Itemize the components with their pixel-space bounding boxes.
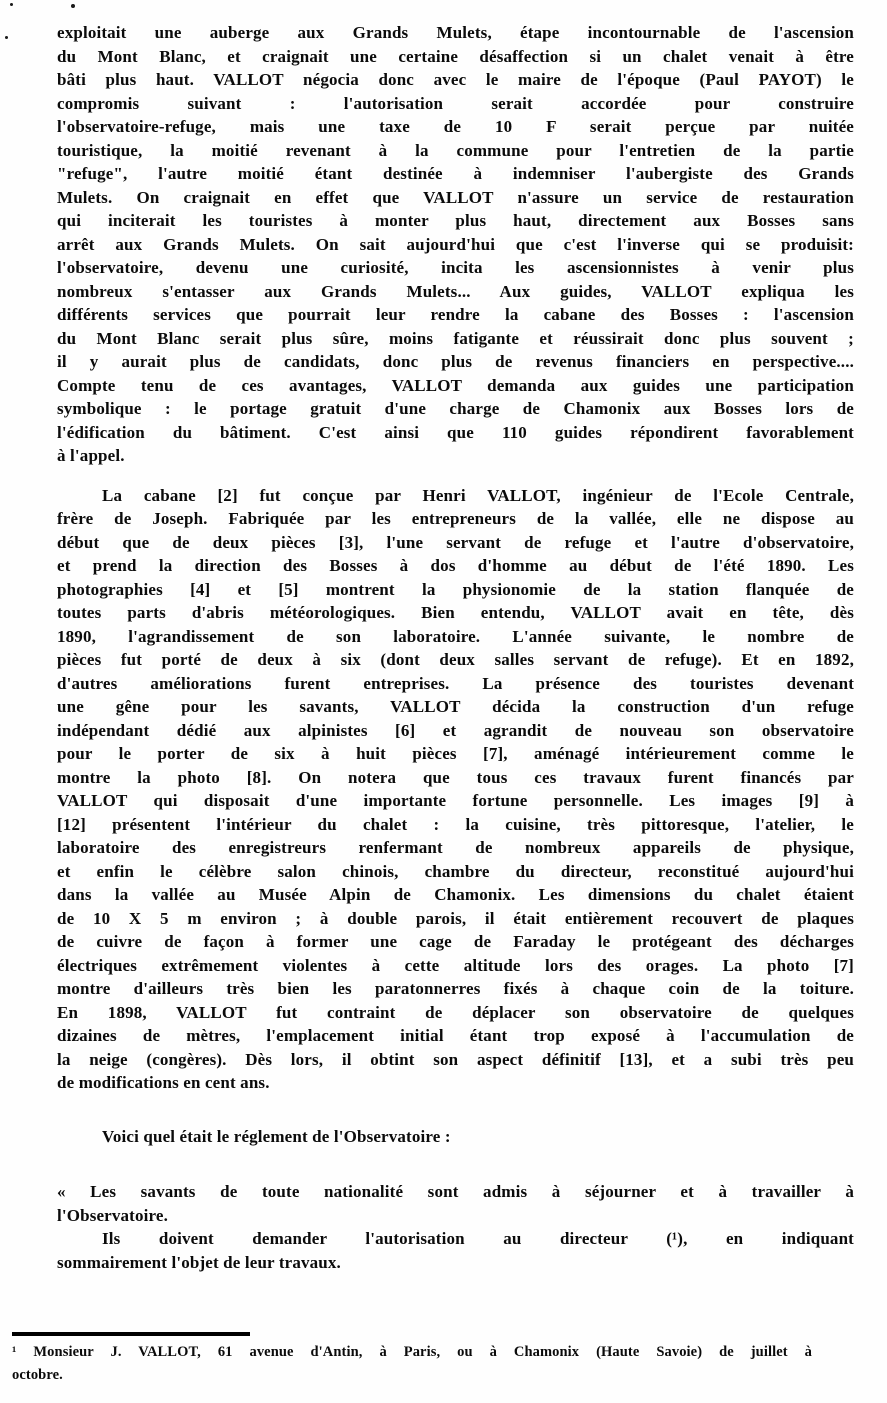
- footnote-line: ¹ Monsieur J. VALLOT, 61 avenue d'Antin,…: [12, 1341, 812, 1364]
- text-line: Mulets. On craignait en effet que VALLOT…: [57, 186, 854, 210]
- paragraph: Voici quel était le réglement de l'Obser…: [57, 1125, 854, 1149]
- paragraph: « Les savants de toute nationalité sont …: [57, 1180, 854, 1227]
- text-line: frère de Joseph. Fabriquée par les entre…: [57, 507, 854, 531]
- text-line: indépendant dédié aux alpinistes [6] et …: [57, 719, 854, 743]
- text-line: montre d'ailleurs très bien les paratonn…: [57, 977, 854, 1001]
- text-line: et prend la direction des Bosses à dos d…: [57, 554, 854, 578]
- text-line: nombreux s'entasser aux Grands Mulets...…: [57, 280, 854, 304]
- text-line: compromis suivant : l'autorisation serai…: [57, 92, 854, 116]
- text-line: symbolique : le portage gratuit d'une ch…: [57, 397, 854, 421]
- text-line: VALLOT qui disposait d'une importante fo…: [57, 789, 854, 813]
- text-line: laboratoire des enregistreurs renfermant…: [57, 836, 854, 860]
- text-line: de 10 X 5 m environ ; à double parois, i…: [57, 907, 854, 931]
- document-page: exploitait une auberge aux Grands Mulets…: [0, 0, 887, 1403]
- text-line: et enfin le célèbre salon chinois, chamb…: [57, 860, 854, 884]
- text-line: début que de deux pièces [3], l'une serv…: [57, 531, 854, 555]
- text-line: dizaines de mètres, l'emplacement initia…: [57, 1024, 854, 1048]
- text-line: une gêne pour les savants, VALLOT décida…: [57, 695, 854, 719]
- text-line: l'édification du bâtiment. C'est ainsi q…: [57, 421, 854, 445]
- text-line: à l'appel.: [57, 444, 854, 468]
- text-line: l'observatoire, devenu une curiosité, in…: [57, 256, 854, 280]
- text-line: bâti plus haut. VALLOT négocia donc avec…: [57, 68, 854, 92]
- text-line: touristique, la moitié revenant à la com…: [57, 139, 854, 163]
- text-line: de modifications en cent ans.: [57, 1071, 854, 1095]
- scan-speckle: [71, 4, 75, 8]
- footnote-line: octobre.: [12, 1364, 812, 1387]
- text-line: toutes parts d'abris météorologiques. Bi…: [57, 601, 854, 625]
- paragraph: La cabane [2] fut conçue par Henri VALLO…: [57, 484, 854, 1095]
- text-line: Ils doivent demander l'autorisation au d…: [57, 1227, 854, 1251]
- text-line: arrêt aux Grands Mulets. On sait aujourd…: [57, 233, 854, 257]
- text-line: 1890, l'agrandissement de son laboratoir…: [57, 625, 854, 649]
- text-line: l'observatoire-refuge, mais une taxe de …: [57, 115, 854, 139]
- text-line: pièces fut porté de deux à six (dont deu…: [57, 648, 854, 672]
- scan-speckle: [10, 3, 13, 6]
- footnote: ¹ Monsieur J. VALLOT, 61 avenue d'Antin,…: [12, 1332, 812, 1387]
- text-line: Voici quel était le réglement de l'Obser…: [57, 1125, 854, 1149]
- text-line: de cuivre de façon à former une cage de …: [57, 930, 854, 954]
- text-line: différents services que pourrait leur re…: [57, 303, 854, 327]
- text-line: montre la photo [8]. On notera que tous …: [57, 766, 854, 790]
- text-line: « Les savants de toute nationalité sont …: [57, 1180, 854, 1204]
- text-line: dans la vallée au Musée Alpin de Chamoni…: [57, 883, 854, 907]
- paragraph: exploitait une auberge aux Grands Mulets…: [57, 21, 854, 468]
- paragraph: Ils doivent demander l'autorisation au d…: [57, 1227, 854, 1274]
- text-line: du Mont Blanc, et craignait une certaine…: [57, 45, 854, 69]
- text-line: La cabane [2] fut conçue par Henri VALLO…: [57, 484, 854, 508]
- text-line: [12] présentent l'intérieur du chalet : …: [57, 813, 854, 837]
- text-line: du Mont Blanc serait plus sûre, moins fa…: [57, 327, 854, 351]
- text-line: pour le porter de six à huit pièces [7],…: [57, 742, 854, 766]
- text-line: exploitait une auberge aux Grands Mulets…: [57, 21, 854, 45]
- text-line: sommairement l'objet de leur travaux.: [57, 1251, 854, 1275]
- text-line: d'autres améliorations furent entreprise…: [57, 672, 854, 696]
- text-line: l'Observatoire.: [57, 1204, 854, 1228]
- text-line: "refuge", l'autre moitié étant destinée …: [57, 162, 854, 186]
- scan-speckle: [5, 36, 8, 39]
- text-line: photographies [4] et [5] montrent la phy…: [57, 578, 854, 602]
- text-line: En 1898, VALLOT fut contraint de déplace…: [57, 1001, 854, 1025]
- text-line: électriques extrêmement violentes à cett…: [57, 954, 854, 978]
- text-line: il y aurait plus de candidats, donc plus…: [57, 350, 854, 374]
- footnote-text: ¹ Monsieur J. VALLOT, 61 avenue d'Antin,…: [12, 1341, 812, 1387]
- text-line: Compte tenu de ces avantages, VALLOT dem…: [57, 374, 854, 398]
- text-line: la neige (congères). Dès lors, il obtint…: [57, 1048, 854, 1072]
- page-text: exploitait une auberge aux Grands Mulets…: [57, 21, 854, 1274]
- footnote-separator: [12, 1332, 250, 1336]
- text-line: qui inciterait les touristes à monter pl…: [57, 209, 854, 233]
